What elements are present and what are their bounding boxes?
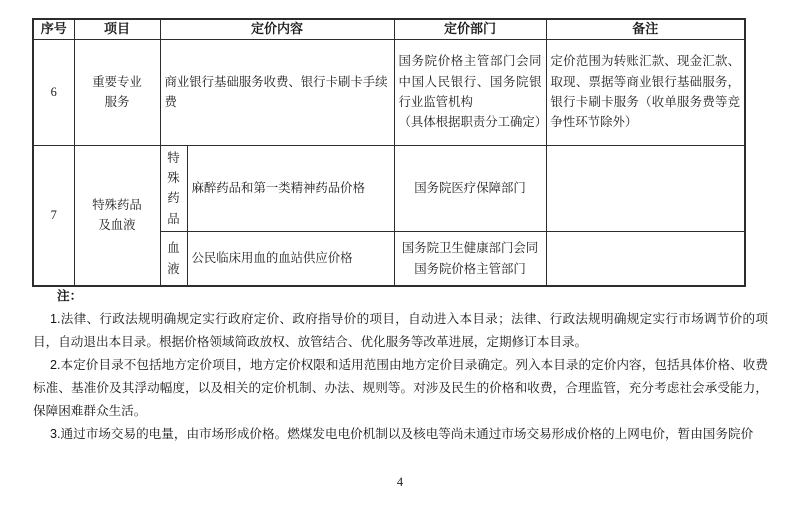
row6-remarks: 定价范围为转账汇款、现金汇款、取现、票据等商业银行基础服务，银行卡刷卡服务（收单…	[546, 39, 745, 145]
header-department: 定价部门	[394, 19, 546, 39]
header-item: 项目	[74, 19, 160, 39]
row7-no: 7	[33, 145, 74, 286]
header-content: 定价内容	[160, 19, 394, 39]
note-paragraph-1: 1.法律、行政法规明确规定实行政府定价、政府指导价的项目，自动进入本目录；法律、…	[33, 308, 768, 354]
table-row-7-sub1: 7 特殊药品 及血液 特殊药品 麻醉药品和第一类精神药品价格 国务院医疗保障部门	[33, 145, 745, 232]
row6-no: 6	[33, 39, 74, 145]
row7-sub2-label: 血液	[160, 232, 187, 286]
row7-sub1-content: 麻醉药品和第一类精神药品价格	[187, 145, 394, 232]
row6-item: 重要专业 服务	[74, 39, 160, 145]
header-no: 序号	[33, 19, 74, 39]
row6-content: 商业银行基础服务收费、银行卡刷卡手续费	[160, 39, 394, 145]
table-row-6: 6 重要专业 服务 商业银行基础服务收费、银行卡刷卡手续费 国务院价格主管部门会…	[33, 39, 745, 145]
row7-sub2-department: 国务院卫生健康部门会同 国务院价格主管部门	[394, 232, 546, 286]
header-remarks: 备注	[546, 19, 745, 39]
row7-sub1-remarks	[546, 145, 745, 232]
row7-item: 特殊药品 及血液	[74, 145, 160, 286]
pricing-table: 序号 项目 定价内容 定价部门 备注 6 重要专业 服务 商业银行基础服务收费、…	[32, 18, 746, 287]
row7-sub1-department: 国务院医疗保障部门	[394, 145, 546, 232]
document-page: 序号 项目 定价内容 定价部门 备注 6 重要专业 服务 商业银行基础服务收费、…	[0, 0, 800, 524]
row6-department: 国务院价格主管部门会同中国人民银行、国务院银行业监管机构 （具体根据职责分工确定…	[394, 39, 546, 145]
notes-section: 注： 1.法律、行政法规明确规定实行政府定价、政府指导价的项目，自动进入本目录；…	[33, 285, 768, 446]
note-paragraph-2: 2.本定价目录不包括地方定价项目，地方定价权限和适用范围由地方定价目录确定。列入…	[33, 354, 768, 423]
table-header-row: 序号 项目 定价内容 定价部门 备注	[33, 19, 745, 39]
notes-title: 注：	[33, 285, 768, 308]
row7-sub1-label: 特殊药品	[160, 145, 187, 232]
note-paragraph-3: 3.通过市场交易的电量，由市场形成价格。燃煤发电电价机制以及核电等尚未通过市场交…	[33, 423, 768, 446]
row7-sub2-remarks	[546, 232, 745, 286]
page-number: 4	[0, 475, 800, 490]
row7-sub2-content: 公民临床用血的血站供应价格	[187, 232, 394, 286]
